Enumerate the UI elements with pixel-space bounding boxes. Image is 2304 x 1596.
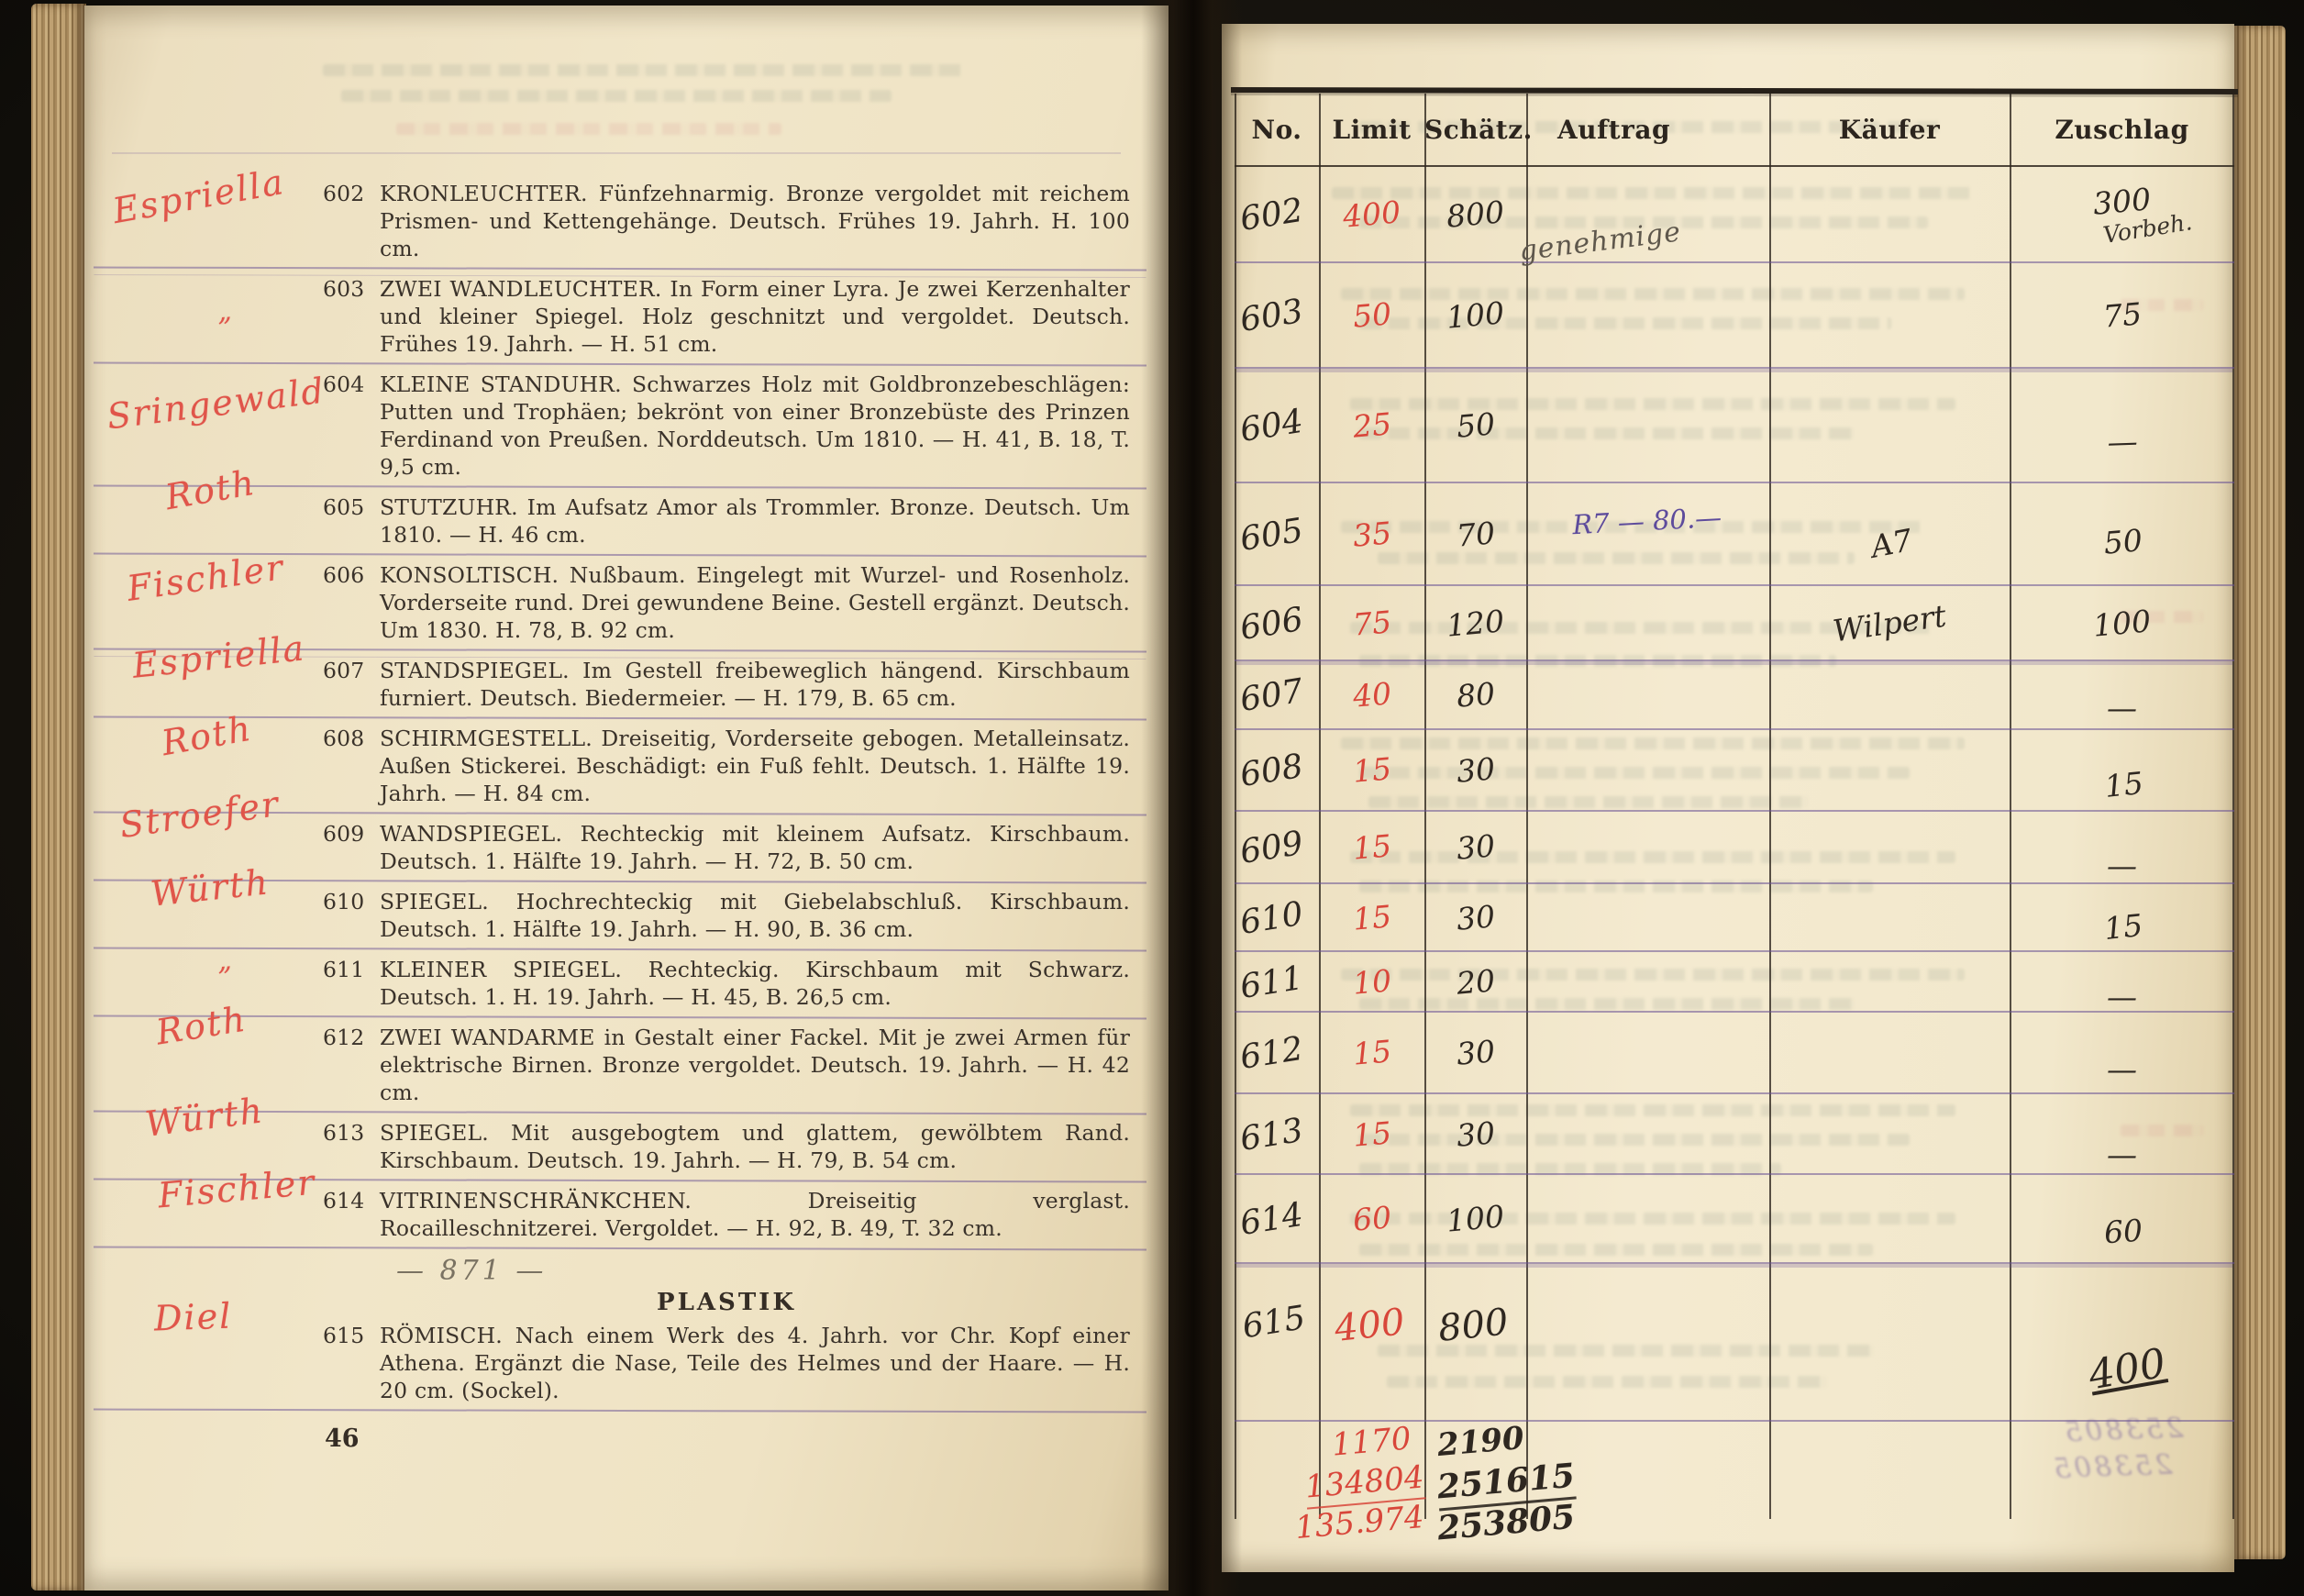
lot-number: 605	[323, 493, 371, 521]
estimate-value: 30	[1455, 827, 1496, 867]
auction-ledger-table: No. Limit Schätz. Auftrag Käufer Zuschla…	[1235, 88, 2234, 1519]
lot-description: VITRINENSCHRÄNKCHEN. Dreiseitig verglast…	[380, 1188, 1130, 1241]
limit-day-sum: 1170	[1331, 1420, 1413, 1463]
estimate-day-sum: 2190	[1435, 1420, 1525, 1464]
limit-value: 40	[1351, 675, 1392, 715]
bidder-annotation: Espriella	[110, 161, 288, 231]
table-row: 606 75 120 Wilpert 100	[1235, 586, 2234, 661]
lot-number-handwritten: 604	[1237, 403, 1305, 449]
lot-entry: 602KRONLEUCHTER. Fünfzehnarmig. Bronze v…	[323, 180, 1130, 268]
limit-value: 15	[1351, 898, 1392, 937]
limit-value: 400	[1341, 194, 1401, 234]
catalog-left-page: Espriella „ Sringewald Roth Fischler Esp…	[84, 6, 1169, 1590]
limit-value: 15	[1351, 1033, 1392, 1072]
estimate-value: 30	[1455, 750, 1496, 790]
hammer-price: 15	[2102, 765, 2144, 804]
lot-number: 611	[323, 956, 371, 983]
lot-description: SCHIRMGESTELL. Dreiseitig, Vorderseite g…	[380, 726, 1130, 806]
limit-value: 15	[1351, 750, 1392, 790]
lot-number: 607	[323, 657, 371, 684]
table-row: 608 15 30 15	[1235, 730, 2234, 812]
lot-entry: 607STANDSPIEGEL. Im Gestell freibeweglic…	[323, 657, 1130, 717]
lot-description: STUTZUHR. Im Aufsatz Amor als Trommler. …	[380, 494, 1130, 548]
column-header-zuschlag: Zuschlag	[2010, 115, 2234, 145]
limit-value: 25	[1351, 405, 1392, 445]
bidder-annotation: Roth	[162, 462, 259, 518]
limit-value: 15	[1351, 827, 1392, 867]
page-number: 46	[325, 1424, 1130, 1453]
lot-entry: 611KLEINER SPIEGEL. Rechteckig. Kirschba…	[323, 956, 1130, 1016]
limit-value: 60	[1351, 1199, 1392, 1238]
lot-entry: 605STUTZUHR. Im Aufsatz Amor als Trommle…	[323, 493, 1130, 554]
hammer-price: 50	[2102, 522, 2143, 561]
hammer-price: 100	[2091, 603, 2152, 643]
lot-entry: 614VITRINENSCHRÄNKCHEN. Dreiseitig vergl…	[323, 1187, 1130, 1247]
bidder-annotation: Espriella	[130, 627, 307, 686]
left-page-stack-edge	[31, 4, 86, 1590]
estimate-value: 30	[1455, 1033, 1496, 1072]
lot-number: 614	[323, 1187, 371, 1214]
table-row: 614 60 100 60	[1235, 1175, 2234, 1264]
bidder-annotation: Würth	[149, 861, 271, 914]
sum-row-carry: 134804 251615	[1235, 1462, 2234, 1502]
hammer-price: —	[2107, 1051, 2137, 1087]
lot-number-handwritten: 603	[1237, 293, 1305, 339]
estimate-value: 50	[1455, 405, 1496, 445]
pencil-tally-note: — 871 —	[396, 1255, 1130, 1287]
lot-list: 602KRONLEUCHTER. Fünfzehnarmig. Bronze v…	[323, 180, 1130, 1453]
table-header: No. Limit Schätz. Auftrag Käufer Zuschla…	[1235, 94, 2234, 167]
right-page-stack-edge	[2232, 26, 2286, 1559]
estimate-value: 20	[1455, 962, 1496, 1002]
hammer-price: —	[2107, 848, 2137, 883]
estimate-total-sum: 253805	[1435, 1498, 1576, 1548]
lot-number-handwritten: 611	[1237, 959, 1305, 1005]
hammer-price: 400	[2085, 1339, 2169, 1399]
lot-entry: 606KONSOLTISCH. Nußbaum. Eingelegt mit W…	[323, 561, 1130, 649]
lot-number-handwritten: 609	[1237, 825, 1305, 871]
bleed-through-text	[341, 90, 892, 102]
estimate-value: 100	[1445, 1198, 1505, 1238]
table-row: 612 15 30 —	[1235, 1013, 2234, 1094]
table-row: 603 50 100 75	[1235, 263, 2234, 369]
lot-description: STANDSPIEGEL. Im Gestell freibeweglich h…	[380, 658, 1130, 711]
lot-number: 603	[323, 275, 371, 303]
bidder-annotation: Diel	[153, 1296, 233, 1339]
limit-value: 15	[1351, 1114, 1392, 1154]
lot-number-handwritten: 602	[1237, 192, 1305, 238]
bidder-annotation: Würth	[143, 1090, 266, 1145]
lot-number-handwritten: 614	[1237, 1196, 1305, 1243]
sum-row-day: 1170 2190	[1235, 1422, 2234, 1462]
lot-description: KONSOLTISCH. Nußbaum. Eingelegt mit Wurz…	[380, 562, 1130, 643]
hammer-price: 75	[2101, 295, 2143, 335]
limit-value: 50	[1351, 295, 1392, 335]
book-scan: Espriella „ Sringewald Roth Fischler Esp…	[0, 0, 2304, 1596]
lot-number: 615	[323, 1322, 371, 1349]
hammer-price: 60	[2102, 1213, 2143, 1251]
estimate-value: 30	[1455, 1114, 1496, 1154]
lot-number-handwritten: 615	[1239, 1299, 1307, 1346]
lot-description: KLEINER SPIEGEL. Rechteckig. Kirschbaum …	[380, 957, 1130, 1010]
section-heading: PLASTIK	[323, 1289, 1130, 1316]
table-row: 610 15 30 15	[1235, 884, 2234, 952]
sum-row-total: 135.974 253805	[1235, 1502, 2234, 1543]
limit-value: 10	[1351, 962, 1392, 1002]
ledger-right-page: 253805 253805 No. Limit Schätz. Auftrag …	[1222, 24, 2234, 1572]
bidder-annotation: Fischler	[125, 547, 287, 609]
hammer-price: —	[2107, 979, 2137, 1014]
estimate-value: 70	[1455, 515, 1496, 554]
lot-number-handwritten: 605	[1237, 511, 1305, 558]
lot-entry: 604KLEINE STANDUHR. Schwarzes Holz mit G…	[323, 371, 1130, 486]
column-header-kaeufer: Käufer	[1769, 115, 2010, 145]
limit-value: 400	[1333, 1301, 1407, 1350]
bleed-through-text	[396, 123, 781, 135]
hammer-price: —	[2107, 423, 2138, 460]
lot-description: SPIEGEL. Hochrechteckig mit Giebelabschl…	[380, 889, 1130, 942]
hammer-price: —	[2107, 690, 2137, 726]
ditto-mark: „	[216, 944, 235, 977]
lot-description: RÖMISCH. Nach einem Werk des 4. Jahrh. v…	[380, 1323, 1130, 1403]
buyer-name: A7	[1867, 521, 1914, 564]
table-row: 615 400 800 400	[1235, 1264, 2234, 1422]
lot-description: ZWEI WANDLEUCHTER. In Form einer Lyra. J…	[380, 276, 1130, 357]
column-header-auftrag: Auftrag	[1526, 115, 1769, 145]
lot-number-handwritten: 612	[1237, 1030, 1305, 1077]
lot-number: 609	[323, 820, 371, 848]
lot-number: 612	[323, 1024, 371, 1051]
lot-number-handwritten: 613	[1237, 1111, 1305, 1158]
estimate-value: 100	[1445, 294, 1505, 335]
lot-number-handwritten: 607	[1237, 672, 1305, 719]
lot-description: WANDSPIEGEL. Rechteckig mit kleinem Aufs…	[380, 821, 1130, 874]
hammer-price: 15	[2102, 906, 2144, 946]
lot-number-handwritten: 608	[1237, 748, 1305, 794]
ditto-mark: „	[216, 294, 235, 327]
estimate-value: 800	[1445, 194, 1505, 234]
column-header-limit: Limit	[1319, 115, 1424, 145]
limit-value: 35	[1351, 515, 1392, 554]
bidder-annotation: Fischler	[156, 1162, 317, 1216]
lot-number-handwritten: 606	[1237, 600, 1305, 647]
lot-entry: 612ZWEI WANDARME in Gestalt einer Fackel…	[323, 1024, 1130, 1112]
hammer-price: —	[2107, 1136, 2137, 1172]
lot-description: SPIEGEL. Mit ausgebogtem und glattem, ge…	[380, 1120, 1130, 1173]
pencil-guide-line	[112, 152, 1121, 154]
lot-number: 602	[323, 180, 371, 207]
table-row: 613 15 30 —	[1235, 1094, 2234, 1175]
table-row: 611 10 20 —	[1235, 952, 2234, 1013]
estimate-value: 120	[1445, 603, 1505, 643]
lot-description: KLEINE STANDUHR. Schwarzes Holz mit Gold…	[380, 371, 1130, 480]
estimate-value: 30	[1455, 898, 1496, 937]
lot-description: ZWEI WANDARME in Gestalt einer Fackel. M…	[380, 1025, 1130, 1105]
table-row: 607 40 80 —	[1235, 661, 2234, 730]
lot-description: KRONLEUCHTER. Fünfzehnarmig. Bronze verg…	[380, 181, 1130, 261]
table-row: 605 35 70 R7 — 80.— A7 50	[1235, 483, 2234, 586]
lot-number: 604	[323, 371, 371, 398]
bidder-annotation: Sringewald	[105, 371, 327, 438]
column-header-schaetz: Schätz.	[1424, 115, 1526, 145]
table-row: 604 25 50 —	[1235, 369, 2234, 483]
lot-entry: 608SCHIRMGESTELL. Dreiseitig, Vorderseit…	[323, 725, 1130, 813]
lot-entry: 613SPIEGEL. Mit ausgebogtem und glattem,…	[323, 1119, 1130, 1180]
table-row: 609 15 30 —	[1235, 812, 2234, 884]
limit-value: 75	[1351, 604, 1392, 643]
lot-number: 613	[323, 1119, 371, 1147]
lot-number: 606	[323, 561, 371, 589]
buyer-name: Wilpert	[1831, 597, 1948, 648]
order-note: R7 — 80.—	[1572, 502, 1722, 540]
bidder-annotation: Roth	[153, 999, 249, 1053]
lot-number-handwritten: 610	[1237, 894, 1305, 941]
lot-entry: 615RÖMISCH. Nach einem Werk des 4. Jahrh…	[323, 1322, 1130, 1410]
estimate-value: 800	[1436, 1301, 1511, 1350]
estimate-value: 80	[1455, 675, 1496, 715]
table-row: 602 400 800 300Vorbeh. genehmige	[1235, 167, 2234, 263]
bidder-annotation: Stroefer	[117, 783, 282, 846]
bleed-through-text	[323, 64, 965, 76]
table-body: 602 400 800 300Vorbeh. genehmige 603 50 …	[1235, 167, 2234, 1543]
lot-entry: 610SPIEGEL. Hochrechteckig mit Giebelabs…	[323, 888, 1130, 948]
lot-entry: 609WANDSPIEGEL. Rechteckig mit kleinem A…	[323, 820, 1130, 881]
lot-entry: 603ZWEI WANDLEUCHTER. In Form einer Lyra…	[323, 275, 1130, 363]
lot-number: 608	[323, 725, 371, 752]
column-header-no: No.	[1235, 115, 1319, 145]
lot-number: 610	[323, 888, 371, 915]
